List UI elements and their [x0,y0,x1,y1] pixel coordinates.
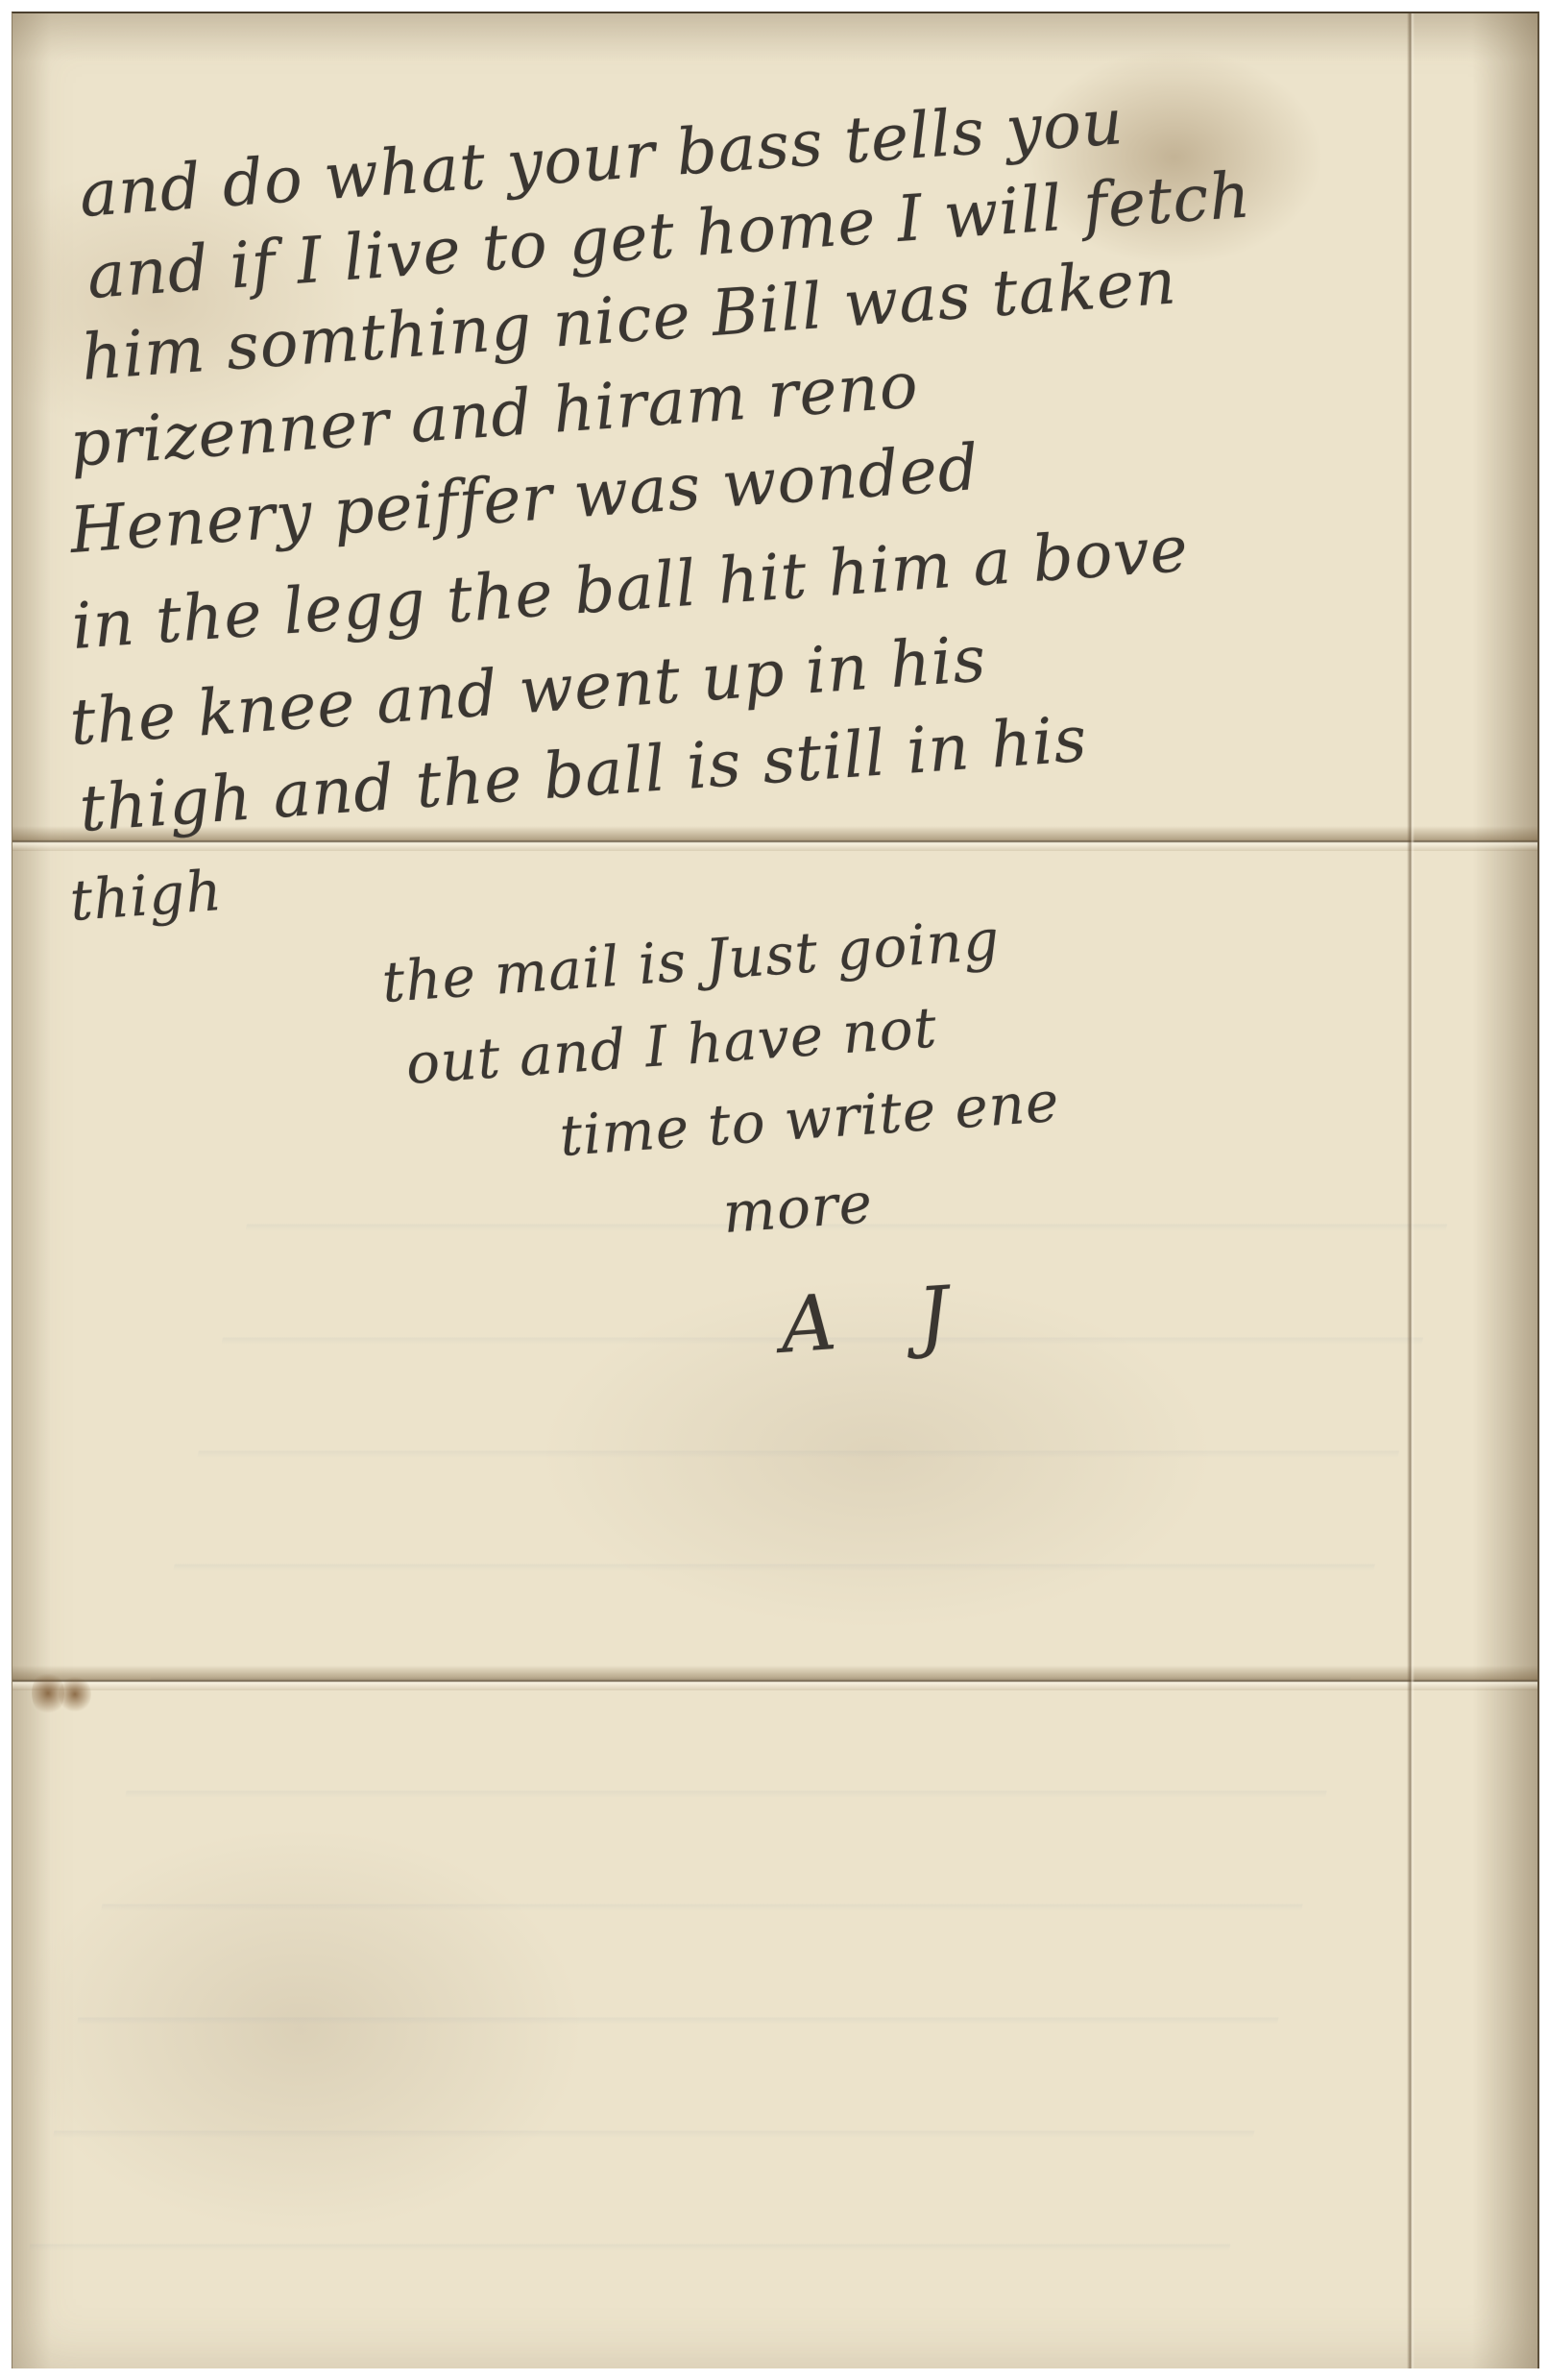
letter-line-9: thigh [68,858,225,934]
signature-initials: A J [778,1268,980,1371]
postscript-line-4: more [721,1170,875,1246]
postscript-line-2: out and I have not [404,994,939,1096]
horizontal-fold-lower [12,1665,1537,1690]
ink-stain [59,1675,91,1713]
letter-page: and do what your bass tells you and if I… [12,12,1539,2368]
bleed-through-writing [24,1118,1469,2271]
vertical-fold [1407,13,1415,2368]
